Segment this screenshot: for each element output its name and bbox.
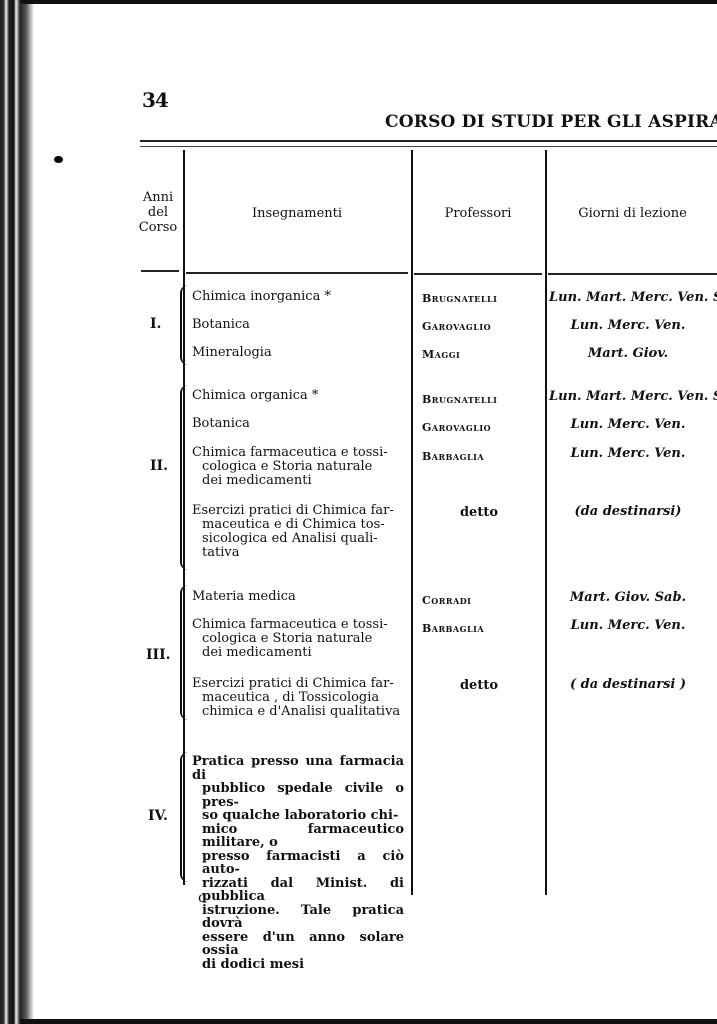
subject-y1-r3: Mineralogia — [192, 346, 404, 360]
year-label-4: IV. — [148, 808, 168, 824]
subject-line: cologica e Storia naturale — [192, 460, 404, 474]
subject-line: istruzione. Tale pratica dovrà — [192, 904, 404, 931]
running-head: CORSO DI STUDI PER GLI ASPIRANTI — [385, 112, 717, 132]
brace-year-2 — [180, 385, 192, 570]
professor-y2-r1: Brugnatelli — [422, 393, 497, 406]
subject-y2-r1: Chimica organica * — [192, 389, 404, 403]
brace-year-3 — [180, 585, 192, 720]
professor-y3-r1: Corradi — [422, 594, 471, 607]
subject-line: dei medicamenti — [192, 646, 404, 660]
header-subjects: Insegnamenti — [186, 206, 408, 221]
header-years-line-2: del — [136, 205, 180, 220]
subject-y3-r1: Materia medica — [192, 590, 404, 604]
subject-line: pubblico spedale civile o pres- — [192, 782, 404, 809]
days-y1-r3: Mart. Giov. — [548, 346, 708, 361]
subject-line: dei medicamenti — [192, 474, 404, 488]
days-y2-r1: Lun. Mart. Merc. Ven. S — [549, 389, 717, 404]
subject-y2-r2: Botanica — [192, 417, 404, 431]
column-divider-2 — [411, 150, 413, 895]
subject-line: Pratica presso una farmacia di — [192, 754, 404, 783]
ink-spot — [54, 156, 63, 163]
header-rule — [140, 140, 717, 147]
header-underline-professors — [414, 273, 542, 275]
subject-y3-r3: Esercizi pratici di Chimica far- maceuti… — [192, 677, 404, 719]
professor-y1-r3: Maggi — [422, 348, 460, 361]
subject-line: rizzati dal Minist. di pubblica — [192, 877, 404, 904]
subject-line: tativa — [192, 546, 404, 560]
header-years: Anni del Corso — [136, 190, 180, 235]
days-y2-r4: (da destinarsi) — [548, 504, 708, 519]
brace-year-4 — [180, 752, 192, 882]
page-top-edge — [20, 0, 717, 4]
professor-y3-r3: detto — [414, 678, 544, 693]
subject-y3-r2: Chimica farmaceutica e tossi- cologica e… — [192, 618, 404, 660]
year-label-1: I. — [150, 316, 161, 332]
subject-line: Esercizi pratici di Chimica far- — [192, 676, 394, 691]
professor-y1-r2: Garovaglio — [422, 320, 491, 333]
subject-line: maceutica , di Tossicologia — [192, 691, 404, 705]
days-y1-r1: Lun. Mart. Merc. Ven. S — [549, 290, 717, 305]
subject-line: Esercizi pratici di Chimica far- — [192, 503, 394, 518]
subject-line: mico farmaceutico militare, o — [192, 823, 404, 850]
subject-line: Chimica farmaceutica e tossi- — [192, 445, 388, 460]
professor-y1-r1: Brugnatelli — [422, 292, 497, 305]
year-label-2: II. — [150, 458, 168, 474]
subject-y1-r2: Botanica — [192, 318, 404, 332]
header-years-line-1: Anni — [136, 190, 180, 205]
days-y1-r2: Lun. Merc. Ven. — [548, 318, 708, 333]
professor-y3-r2: Barbaglia — [422, 622, 484, 635]
subject-line: Chimica farmaceutica e tossi- — [192, 617, 388, 632]
professor-y2-r2: Garovaglio — [422, 421, 491, 434]
page-bottom-edge — [20, 1019, 717, 1024]
subject-y2-r3: Chimica farmaceutica e tossi- cologica e… — [192, 446, 404, 488]
professor-y2-r3: Barbaglia — [422, 450, 484, 463]
header-underline-subjects — [186, 272, 408, 274]
subject-line: essere d'un anno solare ossia — [192, 931, 404, 958]
column-divider-3 — [545, 150, 547, 895]
days-y3-r3: ( da destinarsi ) — [548, 677, 708, 692]
year-label-3: III. — [146, 647, 171, 663]
days-y3-r1: Mart. Giov. Sab. — [548, 590, 708, 605]
subject-line: presso farmacisti a ciò auto- — [192, 850, 404, 877]
header-underline-days — [548, 273, 717, 275]
brace-year-1 — [180, 285, 192, 365]
subject-line: so qualche laboratorio chi- — [192, 809, 404, 823]
subject-y4-r1: Pratica presso una farmacia di pubblico … — [192, 755, 404, 971]
days-y2-r2: Lun. Merc. Ven. — [548, 417, 708, 432]
subject-line: sicologica ed Analisi quali- — [192, 532, 404, 546]
header-underline-years — [141, 270, 179, 272]
subject-line: di dodici mesi — [192, 958, 404, 972]
header-days: Giorni di lezione — [548, 206, 717, 221]
subject-y1-r1: Chimica inorganica * — [192, 290, 404, 304]
header-years-line-3: Corso — [136, 220, 180, 235]
header-professors: Professori — [414, 206, 542, 221]
page-number: 34 — [142, 88, 168, 112]
stray-mark: c — [198, 890, 206, 906]
days-y2-r3: Lun. Merc. Ven. — [548, 446, 708, 461]
professor-y2-r4: detto — [414, 505, 544, 520]
days-y3-r2: Lun. Merc. Ven. — [548, 618, 708, 633]
subject-line: chimica e d'Analisi qualitativa — [192, 705, 404, 719]
book-binding-edge — [0, 0, 34, 1024]
subject-line: maceutica e di Chimica tos- — [192, 518, 404, 532]
subject-line: cologica e Storia naturale — [192, 632, 404, 646]
subject-y2-r4: Esercizi pratici di Chimica far- maceuti… — [192, 504, 404, 560]
